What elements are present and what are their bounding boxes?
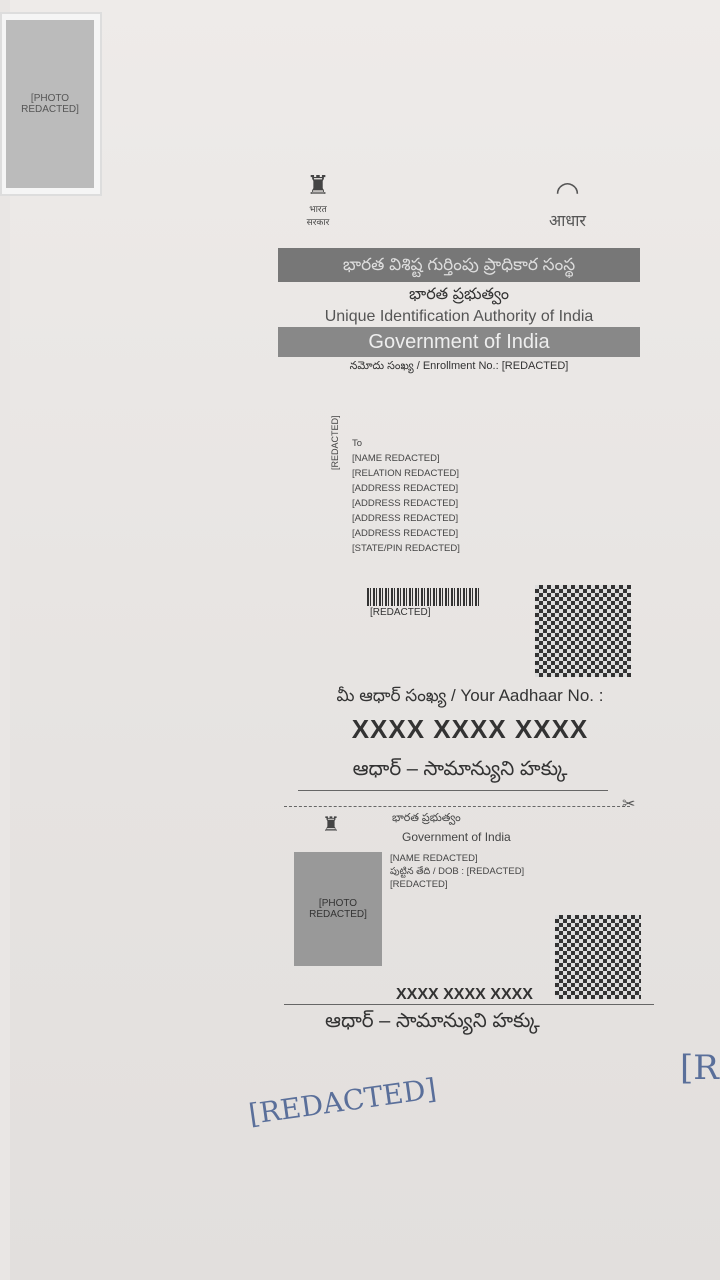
government-english: Government of India: [278, 327, 640, 357]
card-dob: పుట్టిన తేది / DOB : [REDACTED]: [390, 865, 524, 878]
address-line: [ADDRESS REDACTED]: [352, 526, 460, 541]
photo-placeholder: [PHOTO REDACTED]: [6, 20, 94, 188]
address-line: [RELATION REDACTED]: [352, 466, 460, 481]
to-label: To: [352, 436, 460, 451]
address-line: [ADDRESS REDACTED]: [352, 481, 460, 496]
card-government-english: Government of India: [402, 830, 511, 844]
address-block: To [NAME REDACTED] [RELATION REDACTED] […: [352, 436, 460, 556]
government-telugu: భారత ప్రభుత్వం: [278, 285, 640, 307]
barcode: [367, 588, 479, 606]
divider: [284, 1004, 654, 1005]
emblem-caption: भारत सरकार: [300, 202, 336, 228]
aadhaar-logo-text: आधार: [525, 209, 610, 231]
barcode-text: [REDACTED]: [370, 607, 431, 618]
authority-telugu: భారత విశిష్ట గుర్తింపు ప్రాధికార సంస్థ: [278, 248, 640, 282]
address-line: [ADDRESS REDACTED]: [352, 496, 460, 511]
card-info: [NAME REDACTED] పుట్టిన తేది / DOB : [RE…: [390, 852, 524, 891]
qr-code: [535, 585, 631, 677]
national-emblem-icon: ♜: [322, 812, 340, 837]
address-line: [ADDRESS REDACTED]: [352, 511, 460, 526]
cut-line: [284, 806, 630, 807]
aadhaar-number-label: మీ ఆధార్ సంఖ్య / Your Aadhaar No. :: [300, 686, 640, 710]
address-line: [STATE/PIN REDACTED]: [352, 541, 460, 556]
scissors-icon: ✂: [622, 794, 635, 814]
side-date: [REDACTED]: [330, 415, 340, 470]
address-line: [NAME REDACTED]: [352, 451, 460, 466]
handwritten-margin-note: [REDACTED]: [680, 1048, 720, 1088]
enrollment-value: [REDACTED]: [502, 360, 569, 372]
slogan: ఆధార్ – సామాన్యుని హక్కు: [290, 758, 630, 785]
authority-english: Unique Identification Authority of India: [278, 308, 640, 326]
divider: [298, 790, 608, 791]
card-slogan: ఆధార్ – సామాన్యుని హక్కు: [325, 1010, 540, 1037]
card-name: [NAME REDACTED]: [390, 852, 524, 865]
national-emblem-icon: ♜ भारत सरकार: [300, 168, 336, 218]
card-aadhaar-number: XXXX XXXX XXXX: [396, 986, 533, 1004]
enrollment-number: నమోదు సంఖ్య / Enrollment No.: [REDACTED]: [278, 360, 640, 375]
aadhaar-number: XXXX XXXX XXXX: [300, 714, 640, 745]
enrollment-label: నమోదు సంఖ్య / Enrollment No.:: [350, 360, 499, 372]
aadhaar-logo-icon: ◠ आधार: [525, 175, 610, 235]
card-government-telugu: భారత ప్రభుత్వం: [392, 812, 461, 827]
card-photo: [PHOTO REDACTED]: [294, 852, 382, 966]
card-gender: [REDACTED]: [390, 878, 524, 891]
attached-photo: [PHOTO REDACTED]: [0, 12, 102, 196]
card-qr-code: [555, 915, 641, 999]
